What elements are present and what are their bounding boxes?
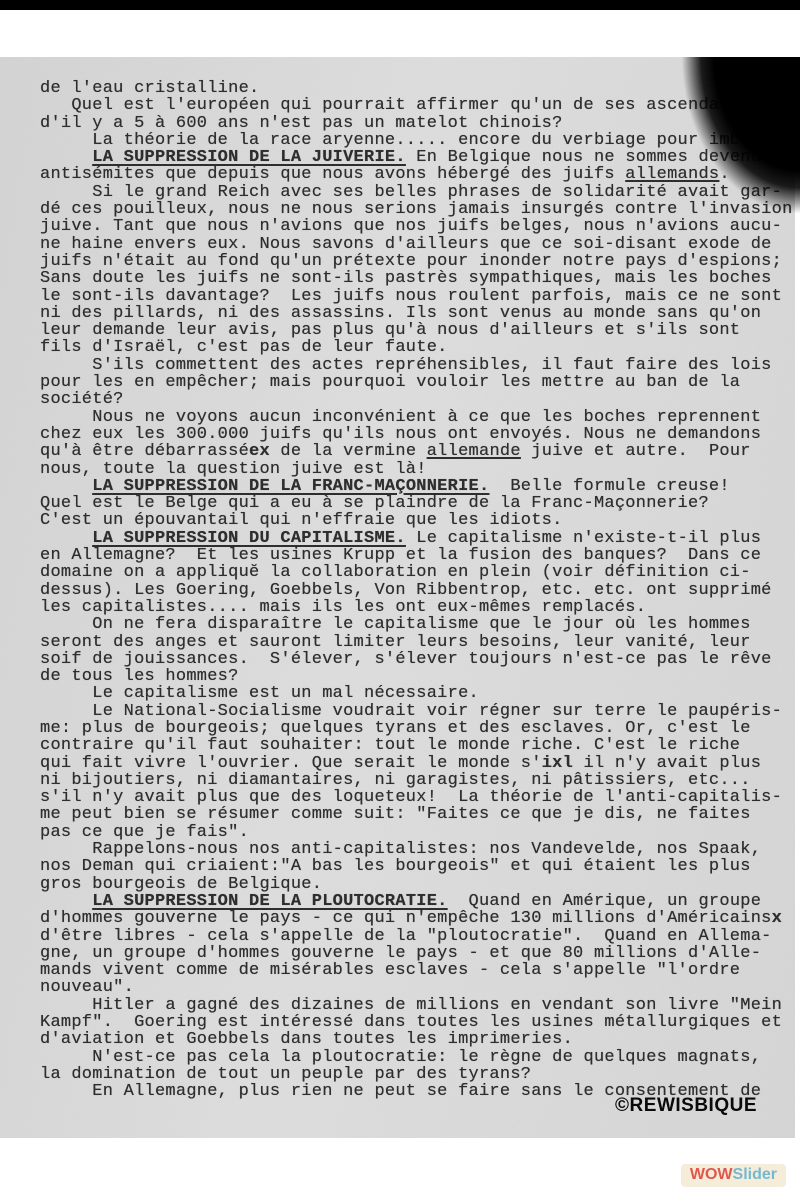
text-line: soif de jouissances. S'élever, s'élever … [40,651,790,668]
text-line: me: plus de bourgeois; quelques tyrans e… [40,720,790,737]
paper: de l'eau cristalline. Quel est l'europée… [0,57,795,1138]
text-line: les capitalistes.... mais ils les ont eu… [40,599,790,616]
text-line: LA SUPPRESSION DE LA PLOUTOCRATIE. Quand… [40,893,790,910]
wowslider-badge[interactable]: WOWSlider [681,1164,786,1187]
text-line: qui fait vivre l'ouvrier. Que serait le … [40,755,790,772]
scan-edge-top [0,0,800,10]
text-line: pour les en empêcher; mais pourquoi voul… [40,374,790,391]
text-line: dessus). Les Goering, Goebbels, Von Ribb… [40,582,790,599]
text-line: Quel est le Belge qui a eu à se plaindre… [40,495,790,512]
text-line: Le capitalisme est un mal nécessaire. [40,685,790,702]
text-line: La théorie de la race aryenne..... encor… [40,132,790,149]
text-line: Sans doute les juifs ne sont-ils pastrès… [40,270,790,287]
text-line: antisémites que depuis que nous avons hé… [40,166,790,183]
text-line: de l'eau cristalline. [40,80,790,97]
text-line: S'ils commettent des actes repréhensible… [40,357,790,374]
text-line: juifs n'était au fond qu'un prétexte pou… [40,253,790,270]
text-line: Nous ne voyons aucun inconvénient à ce q… [40,409,790,426]
text-line: gros bourgeois de Belgique. [40,876,790,893]
text-line: LA SUPPRESSION DE LA JUIVERIE. En Belgiq… [40,149,790,166]
text-line: Rappelons-nous nos anti-capitalistes: no… [40,841,790,858]
text-line: mands vivent comme de misérables esclave… [40,962,790,979]
typewritten-lines: de l'eau cristalline. Quel est l'europée… [40,80,790,1101]
text-line: leur demande leur avis, pas plus qu'à no… [40,322,790,339]
text-line: pas ce que je fais". [40,824,790,841]
wowslider-wow-text: WOW [690,1166,733,1183]
text-line: gne, un groupe d'hommes gouverne le pays… [40,945,790,962]
text-line: qu'à être débarrasséex de la vermine all… [40,443,790,460]
text-line: N'est-ce pas cela la ploutocratie: le rè… [40,1049,790,1066]
text-line: contraire qu'il faut souhaiter: tout le … [40,737,790,754]
text-line: s'il n'y avait plus que des loqueteux! L… [40,789,790,806]
text-line: ni des pillards, ni des assassins. Ils s… [40,305,790,322]
text-line: seront des anges et sauront limiter leur… [40,634,790,651]
text-line: le sont-ils davantage? Les juifs nous ro… [40,288,790,305]
text-line: domaine on a appliquĕ la collaboration e… [40,564,790,581]
text-line: nouveau". [40,979,790,996]
wowslider-slider-text: Slider [733,1166,777,1183]
text-line: juive. Tant que nous n'avions que nos ju… [40,218,790,235]
text-line: ne haine envers eux. Nous savons d'aille… [40,236,790,253]
text-line: la domination de tout un peuple par des … [40,1066,790,1083]
text-line: d'il y a 5 à 600 ans n'est pas un matelo… [40,115,790,132]
text-line: Quel est l'européen qui pourrait affirme… [40,97,790,114]
text-line: d'être libres - cela s'appelle de la "pl… [40,928,790,945]
text-line: fils d'Israël, c'est pas de leur faute. [40,339,790,356]
text-line: ni bijoutiers, ni diamantaires, ni garag… [40,772,790,789]
text-line: nos Deman qui criaient:"A bas les bourge… [40,858,790,875]
text-line: Le National-Socialisme voudrait voir rég… [40,703,790,720]
text-line: d'hommes gouverne le pays - ce qui n'emp… [40,910,790,927]
text-line: en Allemagne? Et les usines Krupp et la … [40,547,790,564]
text-line: Hitler a gagné des dizaines de millions … [40,997,790,1014]
text-line: C'est un épouvantail qui n'effraie que l… [40,512,790,529]
text-line: société? [40,391,790,408]
text-line: me peut bien se résumer comme suit: "Fai… [40,806,790,823]
text-line: LA SUPPRESSION DU CAPITALISME. Le capita… [40,530,790,547]
text-line: dé ces pouilleux, nous ne nous serions j… [40,201,790,218]
copyright-watermark: ©REWISBIQUE [615,1095,757,1117]
text-line: Kampf". Goering est intéressé dans toute… [40,1014,790,1031]
text-line: de tous les hommes? [40,668,790,685]
text-line: chez eux les 300.000 juifs qu'ils nous o… [40,426,790,443]
text-line: Si le grand Reich avec ses belles phrase… [40,184,790,201]
text-line: On ne fera disparaître le capitalisme qu… [40,616,790,633]
text-line: d'aviation et Goebbels dans toutes les i… [40,1031,790,1048]
text-line: nous, toute la question juive est là! [40,461,790,478]
text-line: LA SUPPRESSION DE LA FRANC-MAÇONNERIE. B… [40,478,790,495]
